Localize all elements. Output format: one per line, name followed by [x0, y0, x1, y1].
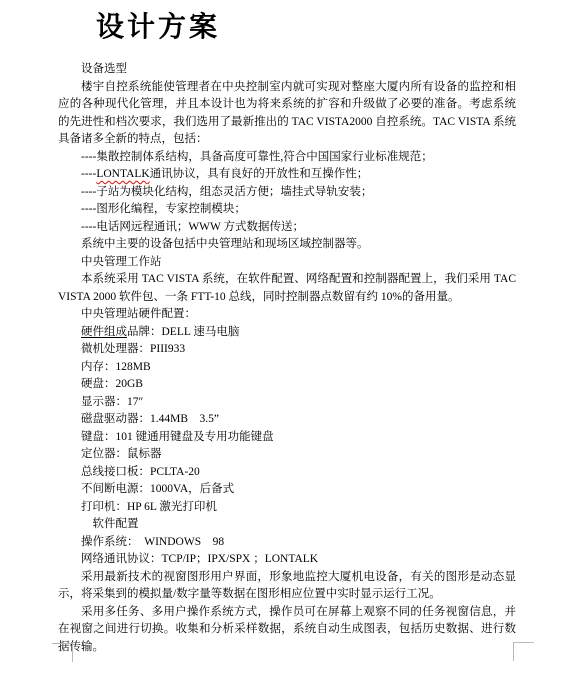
underlined-text: 硬件组成	[81, 326, 127, 338]
paragraph: 中央管理站硬件配置：	[58, 306, 516, 324]
paragraph: 本系统采用 TAC VISTA 系统，在软件配置、网络配置和控制器配置上，我们采…	[58, 271, 516, 306]
paragraph: 总线接口板：PCLTA-20	[58, 464, 516, 482]
text-run: ----	[81, 168, 96, 180]
text-run: 中央管理工作站	[81, 256, 162, 268]
text-run: 显示器：17″	[81, 396, 143, 408]
paragraph: 硬件组成品牌：DELL 速马电脑	[58, 324, 516, 342]
text-run: 品牌：DELL 速马电脑	[127, 326, 239, 338]
text-run: 键盘：101 键通用键盘及专用功能键盘	[81, 431, 274, 443]
paragraph: 网络通讯协议：TCP/IP；IPX/SPX ；LONTALK	[58, 551, 516, 569]
text-run: 操作系统： WINDOWS 98	[81, 536, 224, 548]
document-page: 设计方案 设备选型楼宇自控系统能使管理者在中央控制室内就可实现对整座大厦内所有设…	[0, 0, 584, 698]
text-run: 中央管理站硬件配置：	[81, 308, 196, 320]
text-run: 总线接口板：PCLTA-20	[81, 466, 200, 478]
text-run: 微机处理器：PIII933	[81, 343, 185, 355]
text-run: 系统中主要的设备包括中央管理站和现场区域控制器等。	[81, 238, 369, 250]
paragraph: 键盘：101 键通用键盘及专用功能键盘	[58, 429, 516, 447]
text-run: 采用最新技术的视窗图形用户界面，形象地监控大厦机电设备，有关的图形是动态显示，将…	[58, 571, 516, 601]
paragraph: 系统中主要的设备包括中央管理站和现场区域控制器等。	[58, 236, 516, 254]
paragraph: 定位器：鼠标器	[58, 446, 516, 464]
text-run: ----集散控制体系结构，具备高度可靠性,符合中国国家行业标准规范；	[81, 151, 433, 163]
text-run: 磁盘驱动器：1.44MB 3.5”	[81, 413, 219, 425]
text-run: 本系统采用 TAC VISTA 系统，在软件配置、网络配置和控制器配置上，我们采…	[58, 273, 516, 303]
paragraph: 微机处理器：PIII933	[58, 341, 516, 359]
text-run: 不间断电源：1000VA，后备式	[81, 483, 234, 495]
paragraph: ----电话网远程通讯；WWW 方式数据传送；	[58, 219, 516, 237]
text-area[interactable]: 设计方案 设备选型楼宇自控系统能使管理者在中央控制室内就可实现对整座大厦内所有设…	[58, 10, 516, 656]
paragraph: 不间断电源：1000VA，后备式	[58, 481, 516, 499]
paragraph: ----子站为模块化结构，组态灵活方便；墙挂式导轨安装；	[58, 184, 516, 202]
paragraph: ----图形化编程，专家控制模块；	[58, 201, 516, 219]
paragraph: 磁盘驱动器：1.44MB 3.5”	[58, 411, 516, 429]
text-run: 采用多任务、多用户操作系统方式，操作员可在屏幕上观察不同的任务视窗信息，并在视窗…	[58, 606, 516, 653]
paragraph: 打印机：HP 6L 激光打印机	[58, 499, 516, 517]
paragraph: 软件配置	[58, 516, 516, 534]
paragraph: 中央管理工作站	[58, 254, 516, 272]
paragraph: 显示器：17″	[58, 394, 516, 412]
text-run: 打印机：HP 6L 激光打印机	[81, 501, 217, 513]
paragraph: ----LONTALK通讯协议，具有良好的开放性和互操作性；	[58, 166, 516, 184]
text-run: ----电话网远程通讯；WWW 方式数据传送；	[81, 221, 304, 233]
paragraph: 采用多任务、多用户操作系统方式，操作员可在屏幕上观察不同的任务视窗信息，并在视窗…	[58, 604, 516, 657]
paragraph: 设备选型	[58, 61, 516, 79]
paragraph: 内存：128MB	[58, 359, 516, 377]
text-run: 通讯协议，具有良好的开放性和互操作性；	[150, 168, 369, 180]
document-body[interactable]: 设备选型楼宇自控系统能使管理者在中央控制室内就可实现对整座大厦内所有设备的监控和…	[58, 61, 516, 656]
text-run: ----子站为模块化结构，组态灵活方便；墙挂式导轨安装；	[81, 186, 372, 198]
text-run: 硬盘：20GB	[81, 378, 143, 390]
paragraph: 操作系统： WINDOWS 98	[58, 534, 516, 552]
text-run: 网络通讯协议：TCP/IP；IPX/SPX ；LONTALK	[81, 553, 318, 565]
document-title: 设计方案	[96, 10, 516, 46]
text-run: 楼宇自控系统能使管理者在中央控制室内就可实现对整座大厦内所有设备的监控和相应的各…	[58, 81, 516, 146]
paragraph: ----集散控制体系结构，具备高度可靠性,符合中国国家行业标准规范；	[58, 149, 516, 167]
text-run: 定位器：鼠标器	[81, 448, 162, 460]
text-boundary-mark-bottom-left	[52, 643, 73, 662]
text-boundary-mark-bottom-right	[513, 642, 534, 661]
text-run: ----图形化编程，专家控制模块；	[81, 203, 246, 215]
paragraph: 楼宇自控系统能使管理者在中央控制室内就可实现对整座大厦内所有设备的监控和相应的各…	[58, 79, 516, 149]
text-run: 软件配置	[93, 518, 139, 530]
paragraph: 硬盘：20GB	[58, 376, 516, 394]
text-run: 设备选型	[81, 63, 127, 75]
spellcheck-flagged-word: LONTALK	[96, 168, 149, 180]
text-run: 内存：128MB	[81, 361, 151, 373]
paragraph: 采用最新技术的视窗图形用户界面，形象地监控大厦机电设备，有关的图形是动态显示，将…	[58, 569, 516, 604]
